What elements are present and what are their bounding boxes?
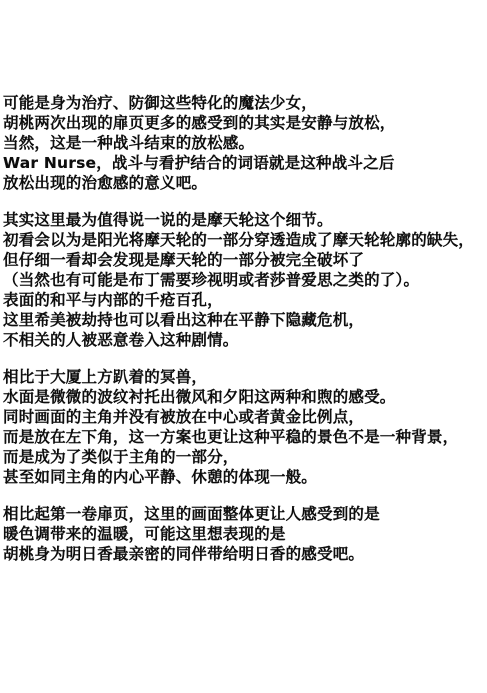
text-line: 胡桃两次出现的扉页更多的感受到的其实是安静与放松， bbox=[3, 113, 485, 133]
text-line: 当然，这是一种战斗结束的放松感。 bbox=[3, 133, 485, 153]
document-page: 可能是身为治疗、防御这些特化的魔法少女，胡桃两次出现的扉页更多的感受到的其实是安… bbox=[0, 0, 487, 693]
text-line: 胡桃身为明日香最亲密的同伴带给明日香的感受吧。 bbox=[3, 544, 485, 564]
document-body: 可能是身为治疗、防御这些特化的魔法少女，胡桃两次出现的扉页更多的感受到的其实是安… bbox=[3, 93, 485, 564]
paragraph: 相比于大厦上方趴着的冥兽，水面是微微的波纹衬托出微风和夕阳这两种和煦的感受。同时… bbox=[3, 367, 485, 487]
text-line: 甚至如同主角的内心平静、休憩的体现一般。 bbox=[3, 467, 485, 487]
text-line: 放松出现的治愈感的意义吧。 bbox=[3, 173, 485, 193]
text-line: 不相关的人被恶意卷入这种剧情。 bbox=[3, 330, 485, 350]
paragraph: 相比起第一卷扉页，这里的画面整体更让人感受到的是暖色调带来的温暖，可能这里想表现… bbox=[3, 504, 485, 564]
text-line: 而是放在左下角，这一方案也更让这种平稳的景色不是一种背景， bbox=[3, 427, 485, 447]
text-line: 但仔细一看却会发现是摩天轮的一部分被完全破坏了 bbox=[3, 250, 485, 270]
text-line: War Nurse，战斗与看护结合的词语就是这种战斗之后 bbox=[3, 153, 485, 173]
text-line: 而是成为了类似于主角的一部分， bbox=[3, 447, 485, 467]
text-line: 相比起第一卷扉页，这里的画面整体更让人感受到的是 bbox=[3, 504, 485, 524]
text-line: 这里希美被劫持也可以看出这种在平静下隐藏危机， bbox=[3, 310, 485, 330]
text-line: 其实这里最为值得说一说的是摩天轮这个细节。 bbox=[3, 210, 485, 230]
text-line: 可能是身为治疗、防御这些特化的魔法少女， bbox=[3, 93, 485, 113]
text-line: 同时画面的主角并没有被放在中心或者黄金比例点， bbox=[3, 407, 485, 427]
paragraph: 其实这里最为值得说一说的是摩天轮这个细节。初看会以为是阳光将摩天轮的一部分穿透造… bbox=[3, 210, 485, 350]
text-line: 暖色调带来的温暖，可能这里想表现的是 bbox=[3, 524, 485, 544]
text-line: 表面的和平与内部的千疮百孔， bbox=[3, 290, 485, 310]
paragraph: 可能是身为治疗、防御这些特化的魔法少女，胡桃两次出现的扉页更多的感受到的其实是安… bbox=[3, 93, 485, 193]
text-line: 相比于大厦上方趴着的冥兽， bbox=[3, 367, 485, 387]
text-line: 水面是微微的波纹衬托出微风和夕阳这两种和煦的感受。 bbox=[3, 387, 485, 407]
text-line: 初看会以为是阳光将摩天轮的一部分穿透造成了摩天轮轮廓的缺失， bbox=[3, 230, 485, 250]
text-line: （当然也有可能是布丁需要珍视明或者莎普爱思之类的了）。 bbox=[3, 270, 485, 290]
